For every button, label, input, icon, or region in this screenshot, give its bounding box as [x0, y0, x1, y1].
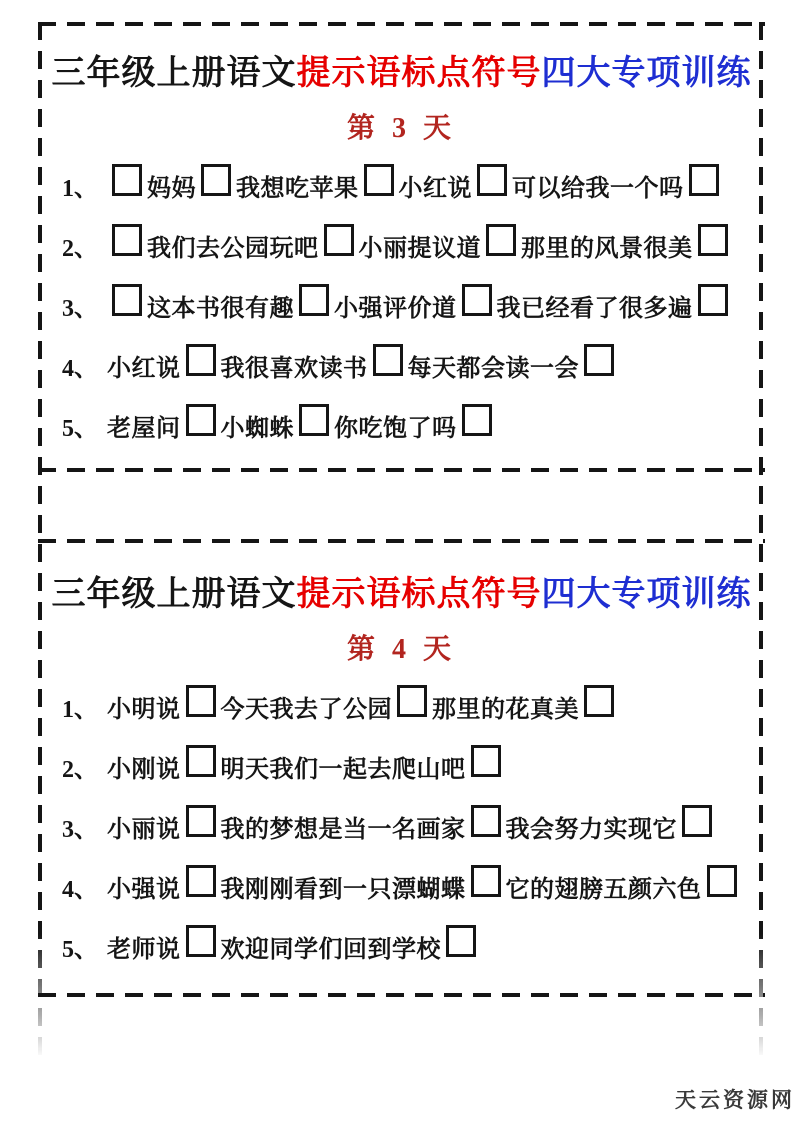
exercise-text: 这本书很有趣: [147, 288, 294, 323]
exercise-text: 我们去公园玩吧: [147, 228, 319, 263]
exercise-number: 3、: [62, 809, 98, 844]
answer-box[interactable]: [471, 745, 501, 777]
exercise-text: 我已经看了很多遍: [497, 288, 693, 323]
exercise-text: 小强评价道: [334, 288, 457, 323]
exercise-text: 小蜘蛛: [221, 408, 295, 443]
day-label: 第 3 天: [38, 110, 765, 148]
answer-box[interactable]: [186, 805, 216, 837]
answer-box[interactable]: [201, 164, 231, 196]
title-red-part: 提示语标点符号: [297, 576, 542, 613]
exercise-text: 今天我去了公园: [221, 689, 393, 724]
exercise-text: 小强说: [107, 869, 181, 904]
exercise-text: 小明说: [107, 689, 181, 724]
exercise-text: 可以给我一个吗: [512, 168, 684, 203]
answer-box[interactable]: [186, 925, 216, 957]
worksheet-title: 三年级上册语文提示语标点符号四大专项训练: [38, 573, 765, 617]
answer-box[interactable]: [462, 284, 492, 316]
exercise-row: 2、我们去公园玩吧小丽提议道那里的风景很美: [62, 224, 765, 257]
exercise-row: 1、小明说今天我去了公园那里的花真美: [62, 685, 765, 718]
exercise-text: 明天我们一起去爬山吧: [221, 749, 466, 784]
answer-box[interactable]: [471, 805, 501, 837]
answer-box[interactable]: [682, 805, 712, 837]
exercise-number: 4、: [62, 869, 98, 904]
exercise-text: 小丽提议道: [359, 228, 482, 263]
title-red-part: 提示语标点符号: [297, 55, 542, 92]
answer-box[interactable]: [112, 284, 142, 316]
exercise-number: 1、: [62, 168, 98, 203]
exercise-text: 我会努力实现它: [506, 809, 678, 844]
exercise-row: 3、小丽说我的梦想是当一名画家我会努力实现它: [62, 805, 765, 838]
exercise-text: 我想吃苹果: [236, 168, 359, 203]
answer-box[interactable]: [698, 224, 728, 256]
answer-box[interactable]: [186, 745, 216, 777]
exercise-row: 5、老屋问小蜘蛛你吃饱了吗: [62, 404, 765, 437]
answer-box[interactable]: [364, 164, 394, 196]
exercise-list: 1、小明说今天我去了公园那里的花真美2、小刚说明天我们一起去爬山吧3、小丽说我的…: [62, 685, 765, 958]
answer-box[interactable]: [397, 685, 427, 717]
answer-box[interactable]: [373, 344, 403, 376]
exercise-text: 我很喜欢读书: [221, 348, 368, 383]
answer-box[interactable]: [186, 865, 216, 897]
site-watermark: 天云资源网: [675, 1084, 793, 1114]
title-black-part: 三年级上册语文: [52, 576, 297, 613]
worksheet-section-day3: 三年级上册语文提示语标点符号四大专项训练 第 3 天 1、妈妈我想吃苹果小红说可…: [38, 22, 765, 498]
exercise-row: 4、小强说我刚刚看到一只漂蝴蝶它的翅膀五颜六色: [62, 865, 765, 898]
exercise-number: 4、: [62, 348, 98, 383]
answer-box[interactable]: [324, 224, 354, 256]
exercise-text: 小红说: [399, 168, 473, 203]
exercise-text: 那里的风景很美: [521, 228, 693, 263]
exercise-text: 妈妈: [147, 168, 196, 203]
day-label: 第 4 天: [38, 631, 765, 669]
title-blue-part: 四大专项训练: [542, 576, 752, 613]
exercise-number: 5、: [62, 929, 98, 964]
exercise-row: 5、老师说欢迎同学们回到学校: [62, 925, 765, 958]
exercise-number: 2、: [62, 749, 98, 784]
title-blue-part: 四大专项训练: [542, 55, 752, 92]
worksheet-title: 三年级上册语文提示语标点符号四大专项训练: [38, 52, 765, 96]
answer-box[interactable]: [698, 284, 728, 316]
exercise-number: 2、: [62, 228, 98, 263]
worksheet-section-day4: 三年级上册语文提示语标点符号四大专项训练 第 4 天 1、小明说今天我去了公园那…: [38, 541, 765, 1025]
exercise-row: 2、小刚说明天我们一起去爬山吧: [62, 745, 765, 778]
exercise-text: 你吃饱了吗: [334, 408, 457, 443]
exercise-text: 小红说: [107, 348, 181, 383]
exercise-text: 我的梦想是当一名画家: [221, 809, 466, 844]
exercise-row: 1、妈妈我想吃苹果小红说可以给我一个吗: [62, 164, 765, 197]
exercise-number: 3、: [62, 288, 98, 323]
exercise-list: 1、妈妈我想吃苹果小红说可以给我一个吗2、我们去公园玩吧小丽提议道那里的风景很美…: [62, 164, 765, 437]
exercise-text: 小刚说: [107, 749, 181, 784]
exercise-text: 每天都会读一会: [408, 348, 580, 383]
exercise-text: 老师说: [107, 929, 181, 964]
answer-box[interactable]: [689, 164, 719, 196]
exercise-number: 1、: [62, 689, 98, 724]
answer-box[interactable]: [446, 925, 476, 957]
exercise-text: 欢迎同学们回到学校: [221, 929, 442, 964]
answer-box[interactable]: [186, 344, 216, 376]
answer-box[interactable]: [471, 865, 501, 897]
answer-box[interactable]: [486, 224, 516, 256]
exercise-number: 5、: [62, 408, 98, 443]
answer-box[interactable]: [477, 164, 507, 196]
exercise-text: 那里的花真美: [432, 689, 579, 724]
exercise-text: 它的翅膀五颜六色: [506, 869, 702, 904]
exercise-text: 老屋问: [107, 408, 181, 443]
answer-box[interactable]: [186, 685, 216, 717]
answer-box[interactable]: [707, 865, 737, 897]
answer-box[interactable]: [299, 284, 329, 316]
answer-box[interactable]: [462, 404, 492, 436]
answer-box[interactable]: [584, 344, 614, 376]
answer-box[interactable]: [584, 685, 614, 717]
exercise-row: 4、小红说我很喜欢读书每天都会读一会: [62, 344, 765, 377]
answer-box[interactable]: [112, 164, 142, 196]
answer-box[interactable]: [186, 404, 216, 436]
answer-box[interactable]: [299, 404, 329, 436]
exercise-text: 我刚刚看到一只漂蝴蝶: [221, 869, 466, 904]
title-black-part: 三年级上册语文: [52, 55, 297, 92]
answer-box[interactable]: [112, 224, 142, 256]
exercise-text: 小丽说: [107, 809, 181, 844]
exercise-row: 3、这本书很有趣小强评价道我已经看了很多遍: [62, 284, 765, 317]
